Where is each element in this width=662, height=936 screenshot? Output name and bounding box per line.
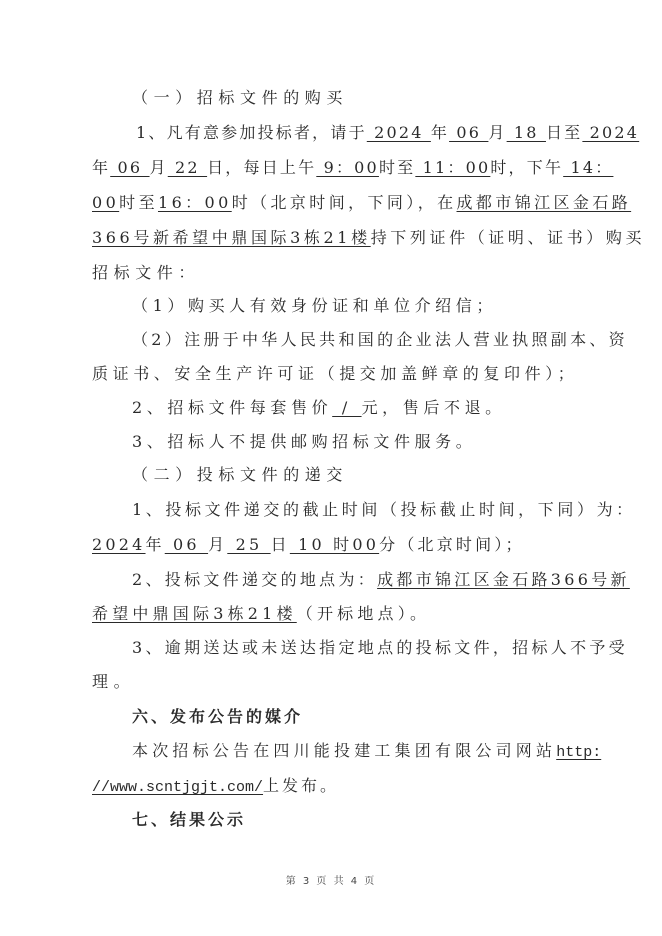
section-heading-result: 七、结果公示 [92,808,574,832]
section-heading-purchase: （一）招标文件的购买 [92,86,574,110]
pm-end-time: 16：00 [158,193,232,212]
requirement-2-line1: （2）注册于中华人民共和国的企业法人营业执照副本、资 [92,328,574,352]
section-heading-media: 六、发布公告的媒介 [92,705,574,729]
website-link[interactable]: http: [556,744,601,761]
text: 年 [431,123,449,142]
text: 3、逾期送达或未送达指定地点的投标文件，招标人不予受 [132,638,628,657]
text: （开标地点）。 [297,604,430,623]
heading-text: 七、结果公示 [132,810,246,829]
text: 月 [488,123,506,142]
end-month: 06 [110,158,149,177]
purchase-address: 成都市锦江区金石路 [457,193,632,212]
heading-text: 六、发布公告的媒介 [132,707,303,726]
purchase-item1-line1: 1、凡有意参加投标者，请于 2024 年 06 月 18 日至 2024 [92,121,574,145]
submission-item3-line1: 3、逾期送达或未送达指定地点的投标文件，招标人不予受 [92,636,574,660]
requirement-1: （1）购买人有效身份证和单位介绍信； [92,294,574,318]
media-text-line2: //www.scntjgjt.com/上发布。 [92,774,574,798]
am-end-time: 11：00 [415,158,490,177]
text: 分（北京时间）； [379,535,525,554]
text: 3、招标人不提供邮购招标文件服务。 [132,432,476,451]
text: 上发布。 [263,776,339,795]
purchase-item1-line5: 招标文件： [92,261,574,285]
section-heading-submission: （二）投标文件的递交 [92,463,574,487]
start-month: 06 [449,123,488,142]
start-year: 2024 [367,123,431,142]
text: （1）购买人有效身份证和单位介绍信； [132,296,497,315]
purchase-item1-line2: 年 06 月 22 日，每日上午 9：00时至 11：00时，下午 14： [92,156,574,180]
end-year: 2024 [582,123,639,142]
am-start-time: 9：00 [316,158,379,177]
text: 招标文件： [92,263,200,282]
purchase-item1-line4: 366号新希望中鼎国际3栋21楼持下列证件（证明、证书）购买 [92,226,574,250]
pm-start-time: 14： [563,158,613,177]
text: 时至 [379,158,415,177]
end-day: 22 [168,158,207,177]
page-number-footer: 第 3 页 共 4 页 [0,872,662,887]
start-day: 18 [507,123,546,142]
text: 1、投标文件递交的截止时间（投标截止时间，下同）为： [132,500,636,519]
deadline-month: 06 [165,535,208,554]
document-price: / [332,398,361,417]
text: 时，下午 [490,158,563,177]
text: 元，售后不退。 [362,398,506,417]
submission-item3-line2: 理。 [92,670,574,694]
heading-text: （二）投标文件的递交 [132,465,348,484]
submission-item2-line1: 2、投标文件递交的地点为：成都市锦江区金石路366号新 [92,568,574,592]
purchase-item1-line3: 00时至16：00时（北京时间，下同），在成都市锦江区金石路 [92,191,574,215]
text: 2、投标文件递交的地点为： [132,570,377,589]
purchase-item3: 3、招标人不提供邮购招标文件服务。 [92,430,574,454]
document-page: （一）招标文件的购买 1、凡有意参加投标者，请于 2024 年 06 月 18 … [0,0,662,936]
text: 质证书、安全生产许可证（提交加盖鲜章的复印件）； [92,364,578,383]
purchase-address-cont: 366号新希望中鼎国际3栋21楼 [92,228,371,247]
submission-item1-line2: 2024年 06 月 25 日 10 时00分（北京时间）； [92,533,574,557]
text: 时（北京时间，下同），在 [232,193,457,212]
page-number: 第 3 页 共 4 页 [286,876,377,887]
heading-text: （一）招标文件的购买 [132,88,348,107]
text: 日，每日上午 [207,158,316,177]
text: （2）注册于中华人民共和国的企业法人营业执照副本、资 [132,330,628,349]
deadline-year: 2024 [92,535,146,554]
text: 1、凡有意参加投标者，请于 [136,123,367,142]
text: 日至 [546,123,582,142]
text: 年 [92,158,110,177]
purchase-item2: 2、招标文件每套售价 / 元，售后不退。 [92,396,574,420]
submission-address-cont: 希望中鼎国际3栋21楼 [92,604,297,623]
text: 持下列证件（证明、证书）购买 [371,228,645,247]
website-link-cont[interactable]: //www.scntjgjt.com/ [92,779,263,796]
text: 时至 [119,193,158,212]
submission-item2-line2: 希望中鼎国际3栋21楼（开标地点）。 [92,602,574,626]
text: 年 [146,535,165,554]
text: 月 [150,158,168,177]
submission-address: 成都市锦江区金石路366号新 [377,570,630,589]
text: 理。 [92,672,135,691]
deadline-time: 10 时00 [290,535,379,554]
requirement-2-line2: 质证书、安全生产许可证（提交加盖鲜章的复印件）； [92,362,574,386]
text: 月 [208,535,227,554]
text: 2、招标文件每套售价 [132,398,332,417]
text: 日 [271,535,290,554]
text: 本次招标公告在四川能投建工集团有限公司网站 [132,741,556,760]
submission-item1-line1: 1、投标文件递交的截止时间（投标截止时间，下同）为： [92,498,574,522]
deadline-day: 25 [227,535,270,554]
media-text-line1: 本次招标公告在四川能投建工集团有限公司网站http: [92,739,574,763]
pm-start-time-cont: 00 [92,193,119,212]
